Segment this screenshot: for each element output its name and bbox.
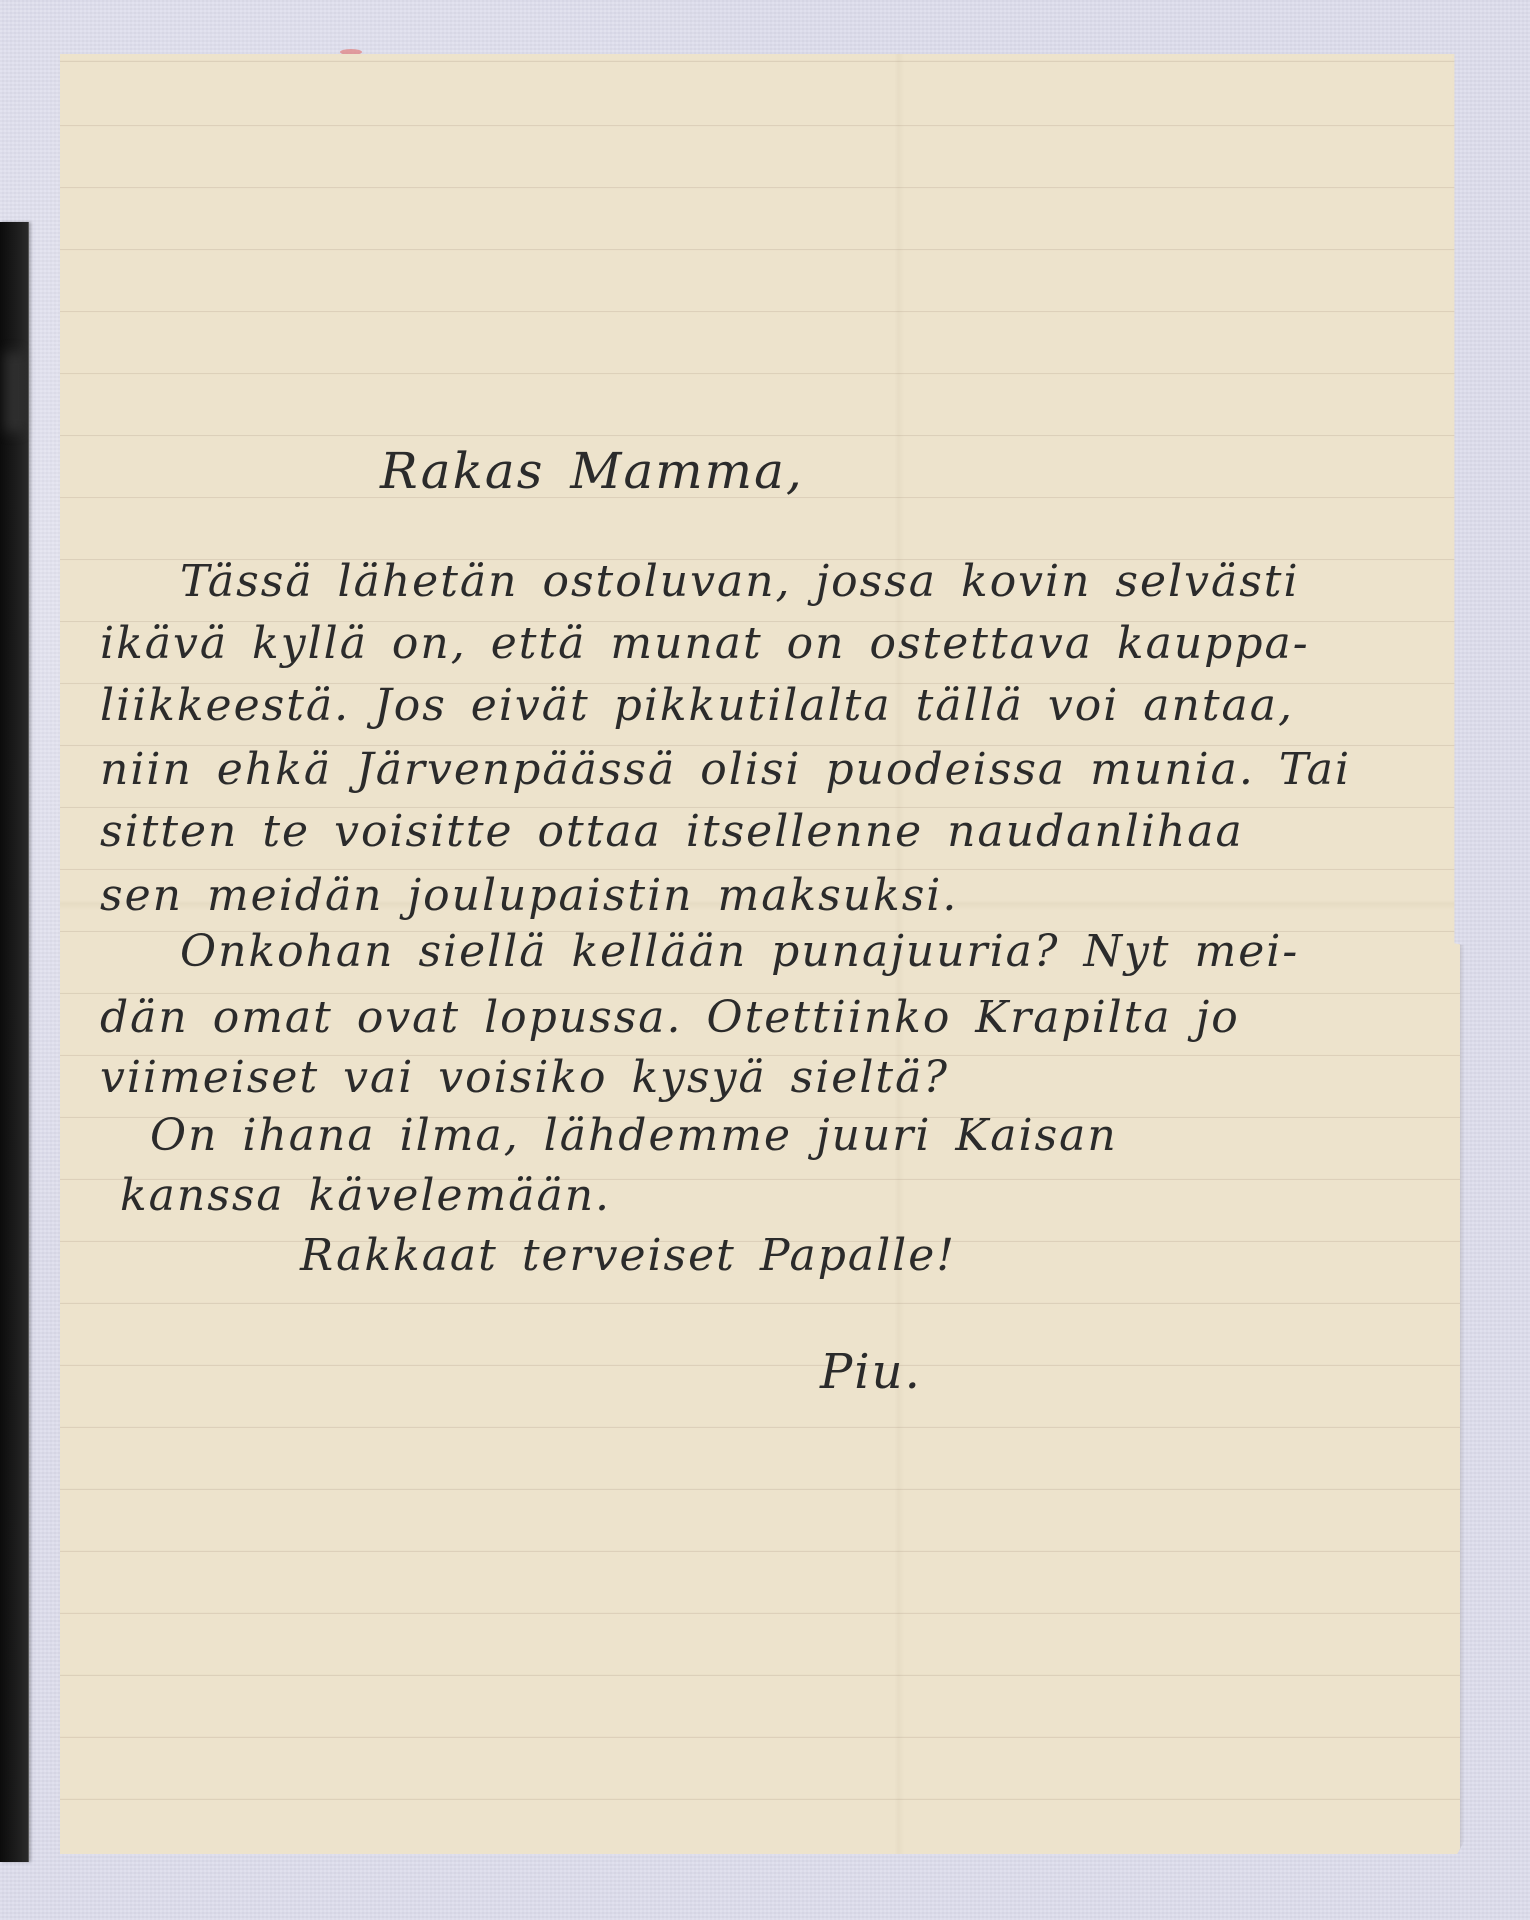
letter-paper: Rakas Mamma, Tässä lähetän ostoluvan, jo… bbox=[60, 54, 1460, 1854]
body-line: liikkeestä. Jos eivät pikkutilalta tällä… bbox=[100, 680, 1294, 731]
body-line: kanssa kävelemään. bbox=[120, 1170, 611, 1221]
body-line: sitten te voisitte ottaa itsellenne naud… bbox=[100, 806, 1244, 857]
body-line: sen meidän joulupaistin maksuksi. bbox=[100, 870, 958, 921]
body-line: On ihana ilma, lähdemme juuri Kaisan bbox=[150, 1110, 1118, 1161]
body-line: Tässä lähetän ostoluvan, jossa kovin sel… bbox=[180, 556, 1300, 607]
salutation: Rakas Mamma, bbox=[380, 442, 804, 500]
signature: Piu. bbox=[820, 1344, 922, 1400]
body-line: Onkohan siellä kellään punajuuria? Nyt m… bbox=[180, 926, 1299, 977]
body-line: dän omat ovat lopussa. Otettiinko Krapil… bbox=[100, 992, 1240, 1043]
handwritten-letter: Rakas Mamma, Tässä lähetän ostoluvan, jo… bbox=[60, 54, 1460, 1854]
closing: Rakkaat terveiset Papalle! bbox=[300, 1230, 956, 1281]
body-line: viimeiset vai voisiko kysyä sieltä? bbox=[100, 1052, 949, 1103]
black-frame-edge bbox=[0, 222, 29, 1862]
body-line: niin ehkä Järvenpäässä olisi puodeissa m… bbox=[100, 744, 1351, 795]
body-line: ikävä kyllä on, että munat on ostettava … bbox=[100, 618, 1310, 669]
